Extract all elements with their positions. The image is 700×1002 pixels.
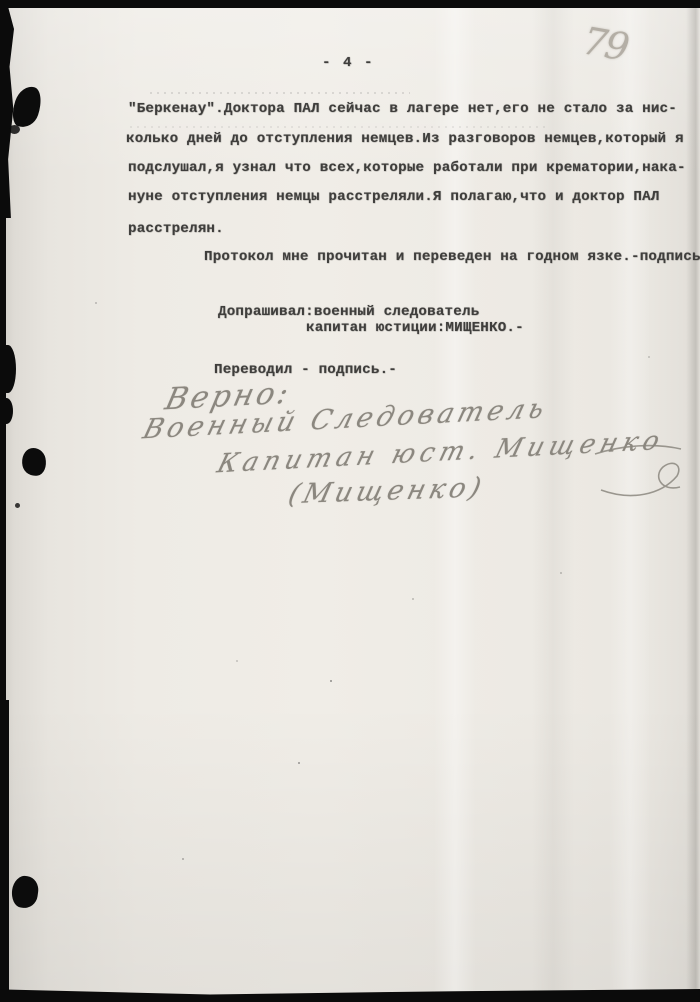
interrogator-rank-name: капитан юстиции:МИЩЕНКО.- (306, 320, 524, 336)
body-line: расстрелян. (128, 221, 224, 237)
body-line: "Беркенау".Доктора ПАЛ сейчас в лагере н… (128, 101, 677, 117)
ink-spot (15, 503, 20, 508)
punch-hole-middle (19, 446, 48, 478)
translator-line: Переводил - подпись.- (214, 362, 397, 378)
scan-edge-top (0, 0, 700, 8)
protocol-statement: Протокол мне прочитан и переведен на год… (204, 249, 700, 265)
scan-edge-bottom (0, 984, 700, 1002)
folio-number-pencil: 79 (580, 18, 631, 69)
smudge-row (150, 92, 410, 94)
handwritten-name: (Мищенко) (285, 472, 488, 510)
body-line: подслушал,я узнал что всех,которые работ… (128, 160, 686, 176)
interrogator-line: Допрашивал:военный следователь (218, 304, 479, 320)
body-line: колько дней до отступления немцев.Из раз… (126, 131, 684, 147)
scan-edge-left-bump (0, 398, 13, 424)
smudge-row (130, 126, 550, 128)
scan-edge-left (0, 700, 9, 1002)
body-line: нуне отступления немцы расстреляли.Я пол… (128, 189, 660, 205)
scanned-document-page: 79 - 4 - "Беркенау".Доктора ПАЛ сейчас в… (0, 0, 700, 1002)
punch-hole-bottom (10, 874, 40, 909)
punch-hole-top (8, 83, 46, 131)
punch-hole-tear (9, 125, 20, 134)
page-number: - 4 - (322, 55, 375, 71)
scan-edge-left-bump (0, 345, 16, 393)
signature-flourish (593, 438, 685, 508)
